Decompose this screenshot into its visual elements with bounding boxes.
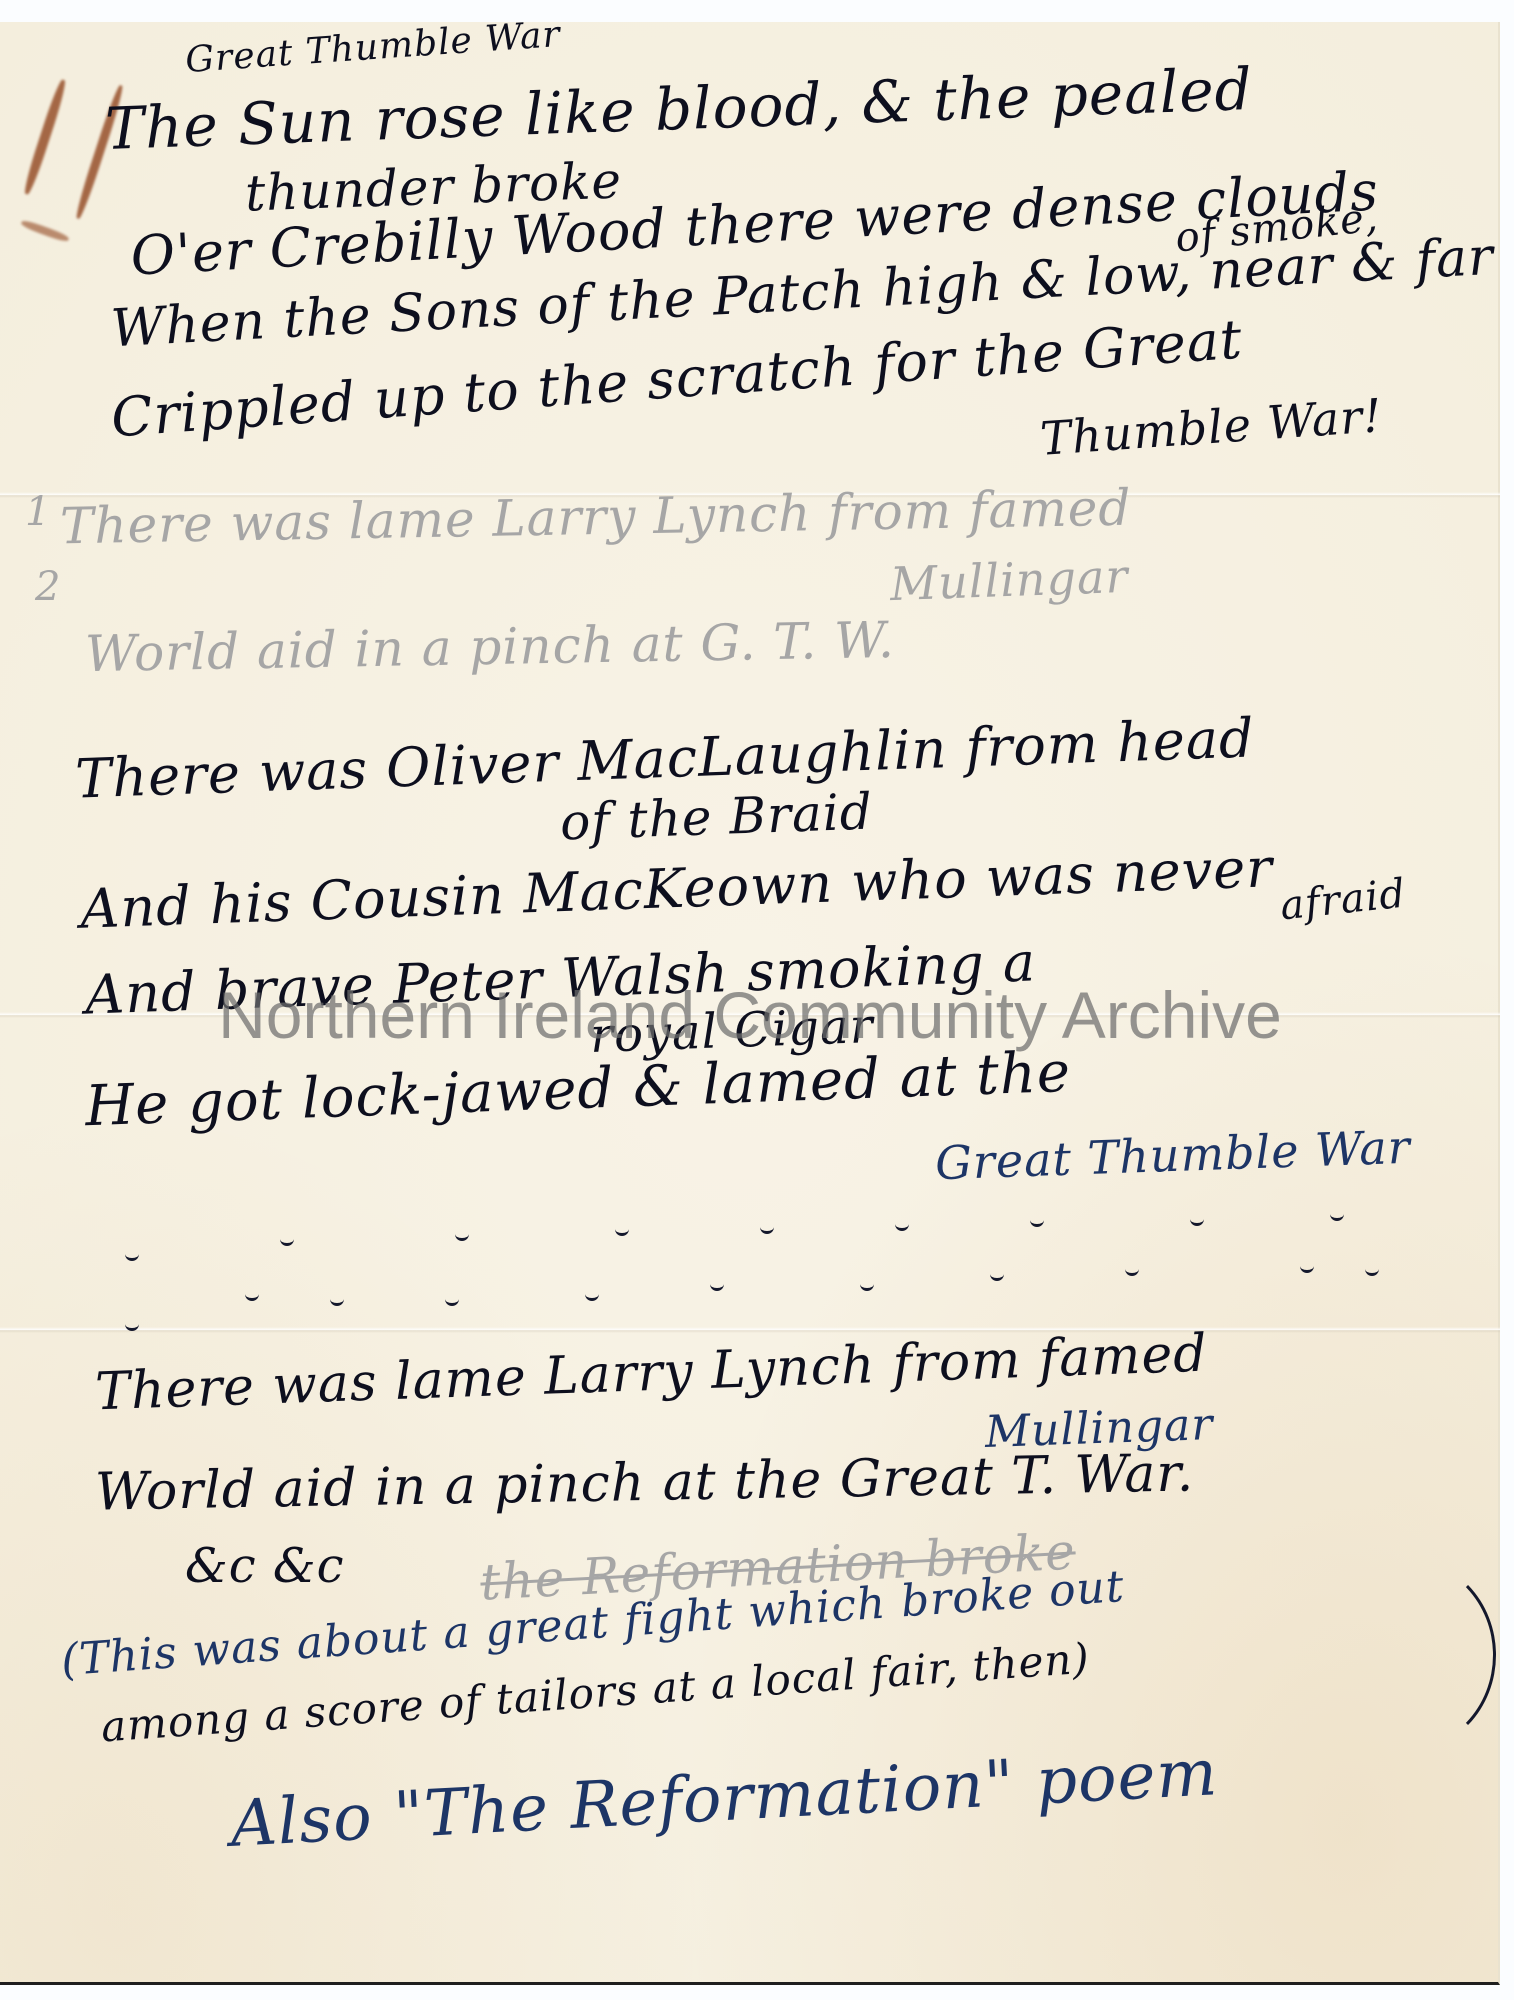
paper-sheet: Great Thumble War The Sun rose like bloo… [0, 22, 1500, 1985]
closing-line: Also "The Reformation" poem [229, 1741, 1219, 1857]
rust-stain [22, 78, 69, 195]
pencil-draft-line: World aid in a pinch at G. T. W. [85, 615, 896, 679]
poem-line: Great Thumble War [934, 1124, 1411, 1187]
pencil-number: 2 [35, 567, 61, 607]
poem-line: of the Braid [559, 787, 873, 848]
paper-fold-crease [0, 1327, 1500, 1333]
poem-line: afraid [1278, 874, 1408, 927]
pencil-number: 1 [25, 492, 51, 532]
poem-line: And his Cousin MacKeown who was never [79, 841, 1273, 937]
poem-line: Thumble War! [1039, 392, 1384, 462]
heading-insert: Great Thumble War [184, 17, 562, 79]
scanned-page: Great Thumble War The Sun rose like bloo… [0, 0, 1514, 2000]
poem-line: He got lock-jawed & lamed at the [84, 1045, 1072, 1135]
note-bracket [1310, 1557, 1496, 1753]
etc-mark: &c &c [185, 1542, 344, 1590]
pencil-draft-line: Mullingar [889, 553, 1129, 607]
poem-line: World aid in a pinch at the Great T. War… [95, 1447, 1195, 1518]
rust-stain [20, 219, 70, 244]
archive-watermark: Northern Ireland Community Archive [120, 977, 1380, 1053]
